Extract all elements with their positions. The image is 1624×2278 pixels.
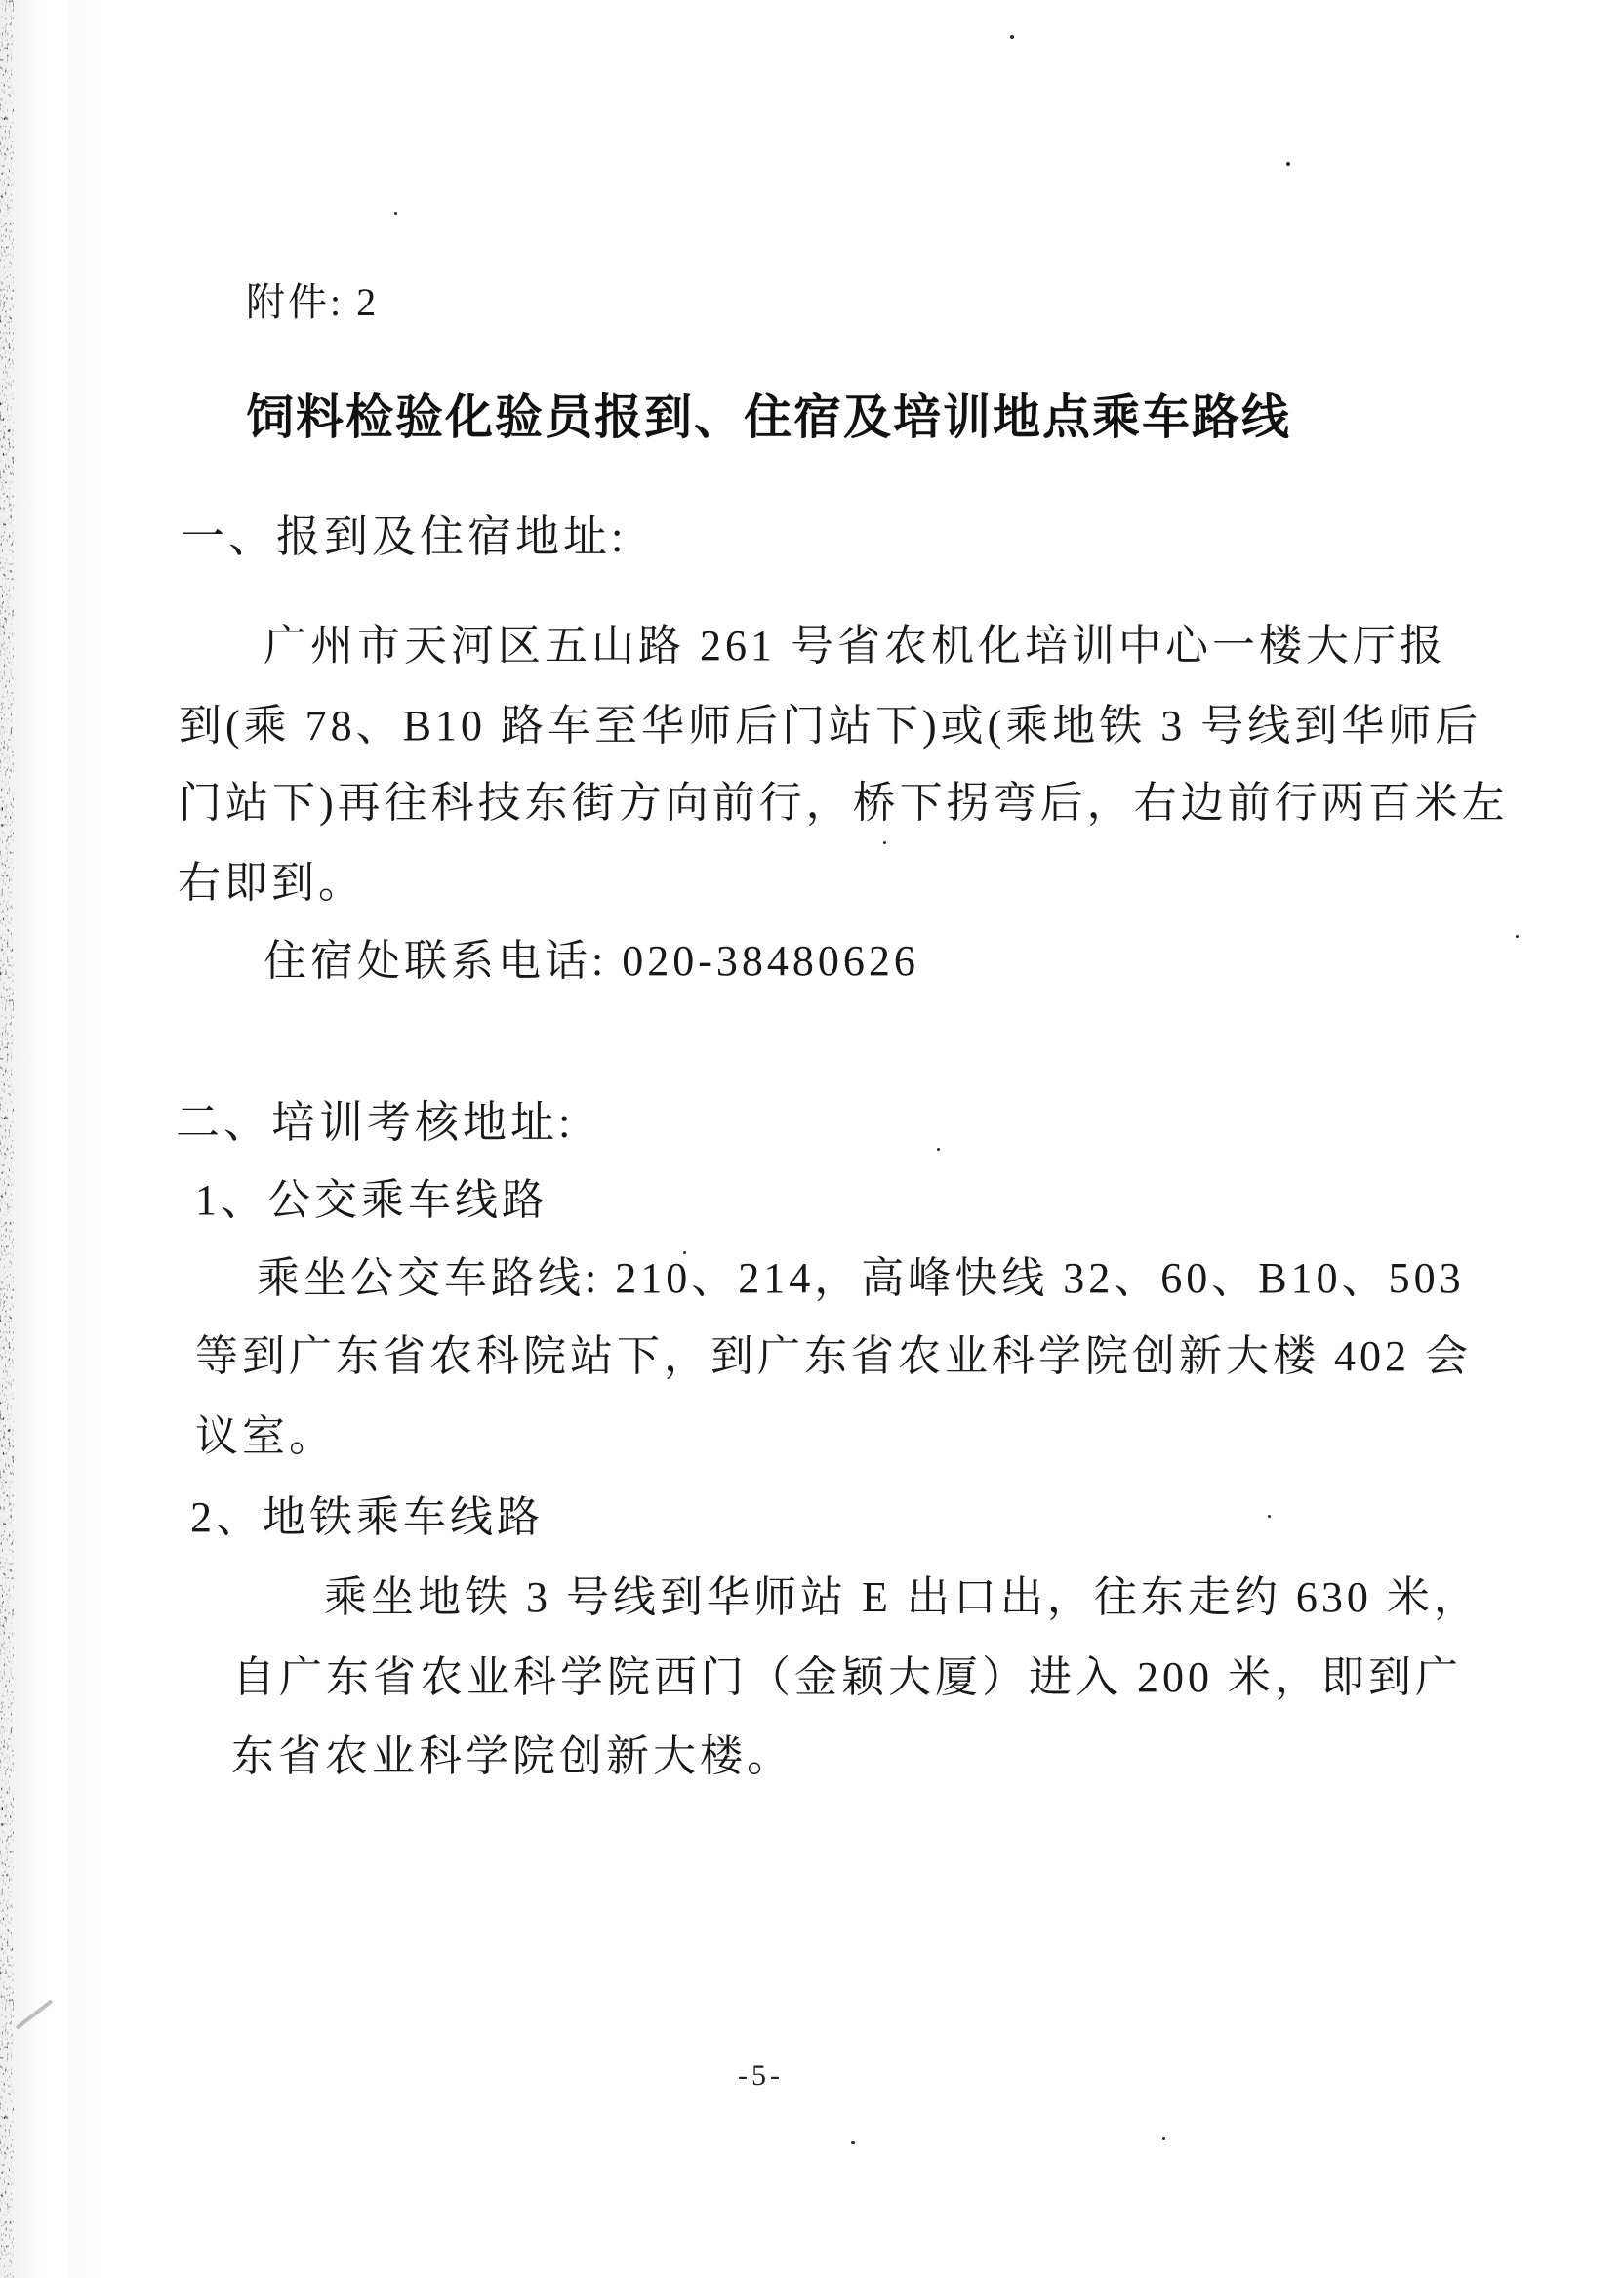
noise-speck	[1286, 162, 1290, 166]
bus-route-line: 议室。	[195, 1415, 336, 1458]
noise-speck	[883, 841, 886, 844]
noise-speck	[394, 212, 397, 215]
metro-route-line: 乘坐地铁 3 号线到华师站 E 出口出，往东走约 630 米，	[324, 1576, 1481, 1619]
report-address-line: 门站下)再往科技东街方向前行，桥下拐弯后，右边前行两百米左	[179, 782, 1509, 825]
scanned-document-page: 附件: 2 饲料检验化验员报到、住宿及培训地点乘车路线 一、报到及住宿地址: 广…	[0, 0, 1624, 2278]
noise-speck	[1162, 2137, 1165, 2140]
report-address-line: 到(乘 78、B10 路车至华师后门站下)或(乘地铁 3 号线到华师后	[179, 705, 1482, 748]
section2-heading: 二、培训考核地址:	[176, 1101, 575, 1145]
document-title: 饲料检验化验员报到、住宿及培训地点乘车路线	[246, 394, 1291, 442]
bus-route-line: 等到广东省农科院站下，到广东省农业科学院创新大楼 402 会	[195, 1335, 1472, 1378]
scan-edge-noise	[0, 0, 68, 2278]
section1-heading: 一、报到及住宿地址:	[181, 515, 628, 559]
report-address-line: 广州市天河区五山路 261 号省农机化培训中心一楼大厅报	[264, 625, 1446, 668]
noise-speck	[1010, 35, 1014, 39]
noise-speck	[851, 2141, 855, 2144]
bus-route-subheading: 1、公交乘车线路	[195, 1179, 548, 1222]
metro-route-line: 东省农业科学院创新大楼。	[231, 1735, 793, 1778]
page-number: -5-	[738, 2061, 784, 2091]
metro-route-subheading: 2、地铁乘车线路	[190, 1496, 544, 1539]
noise-speck	[937, 1148, 940, 1151]
attachment-label: 附件: 2	[246, 283, 379, 322]
noise-speck	[1268, 1515, 1271, 1518]
bus-route-line: 乘坐公交车路线: 210、214，高峰快线 32、60、B10、503	[257, 1257, 1465, 1300]
noise-speck	[1516, 935, 1519, 938]
report-address-line: 右即到。	[178, 862, 365, 905]
lodging-phone-line: 住宿处联系电话: 020-38480626	[264, 940, 919, 983]
metro-route-line: 自广东省农业科学院西门（金颖大厦）进入 200 米，即到广	[232, 1656, 1462, 1699]
